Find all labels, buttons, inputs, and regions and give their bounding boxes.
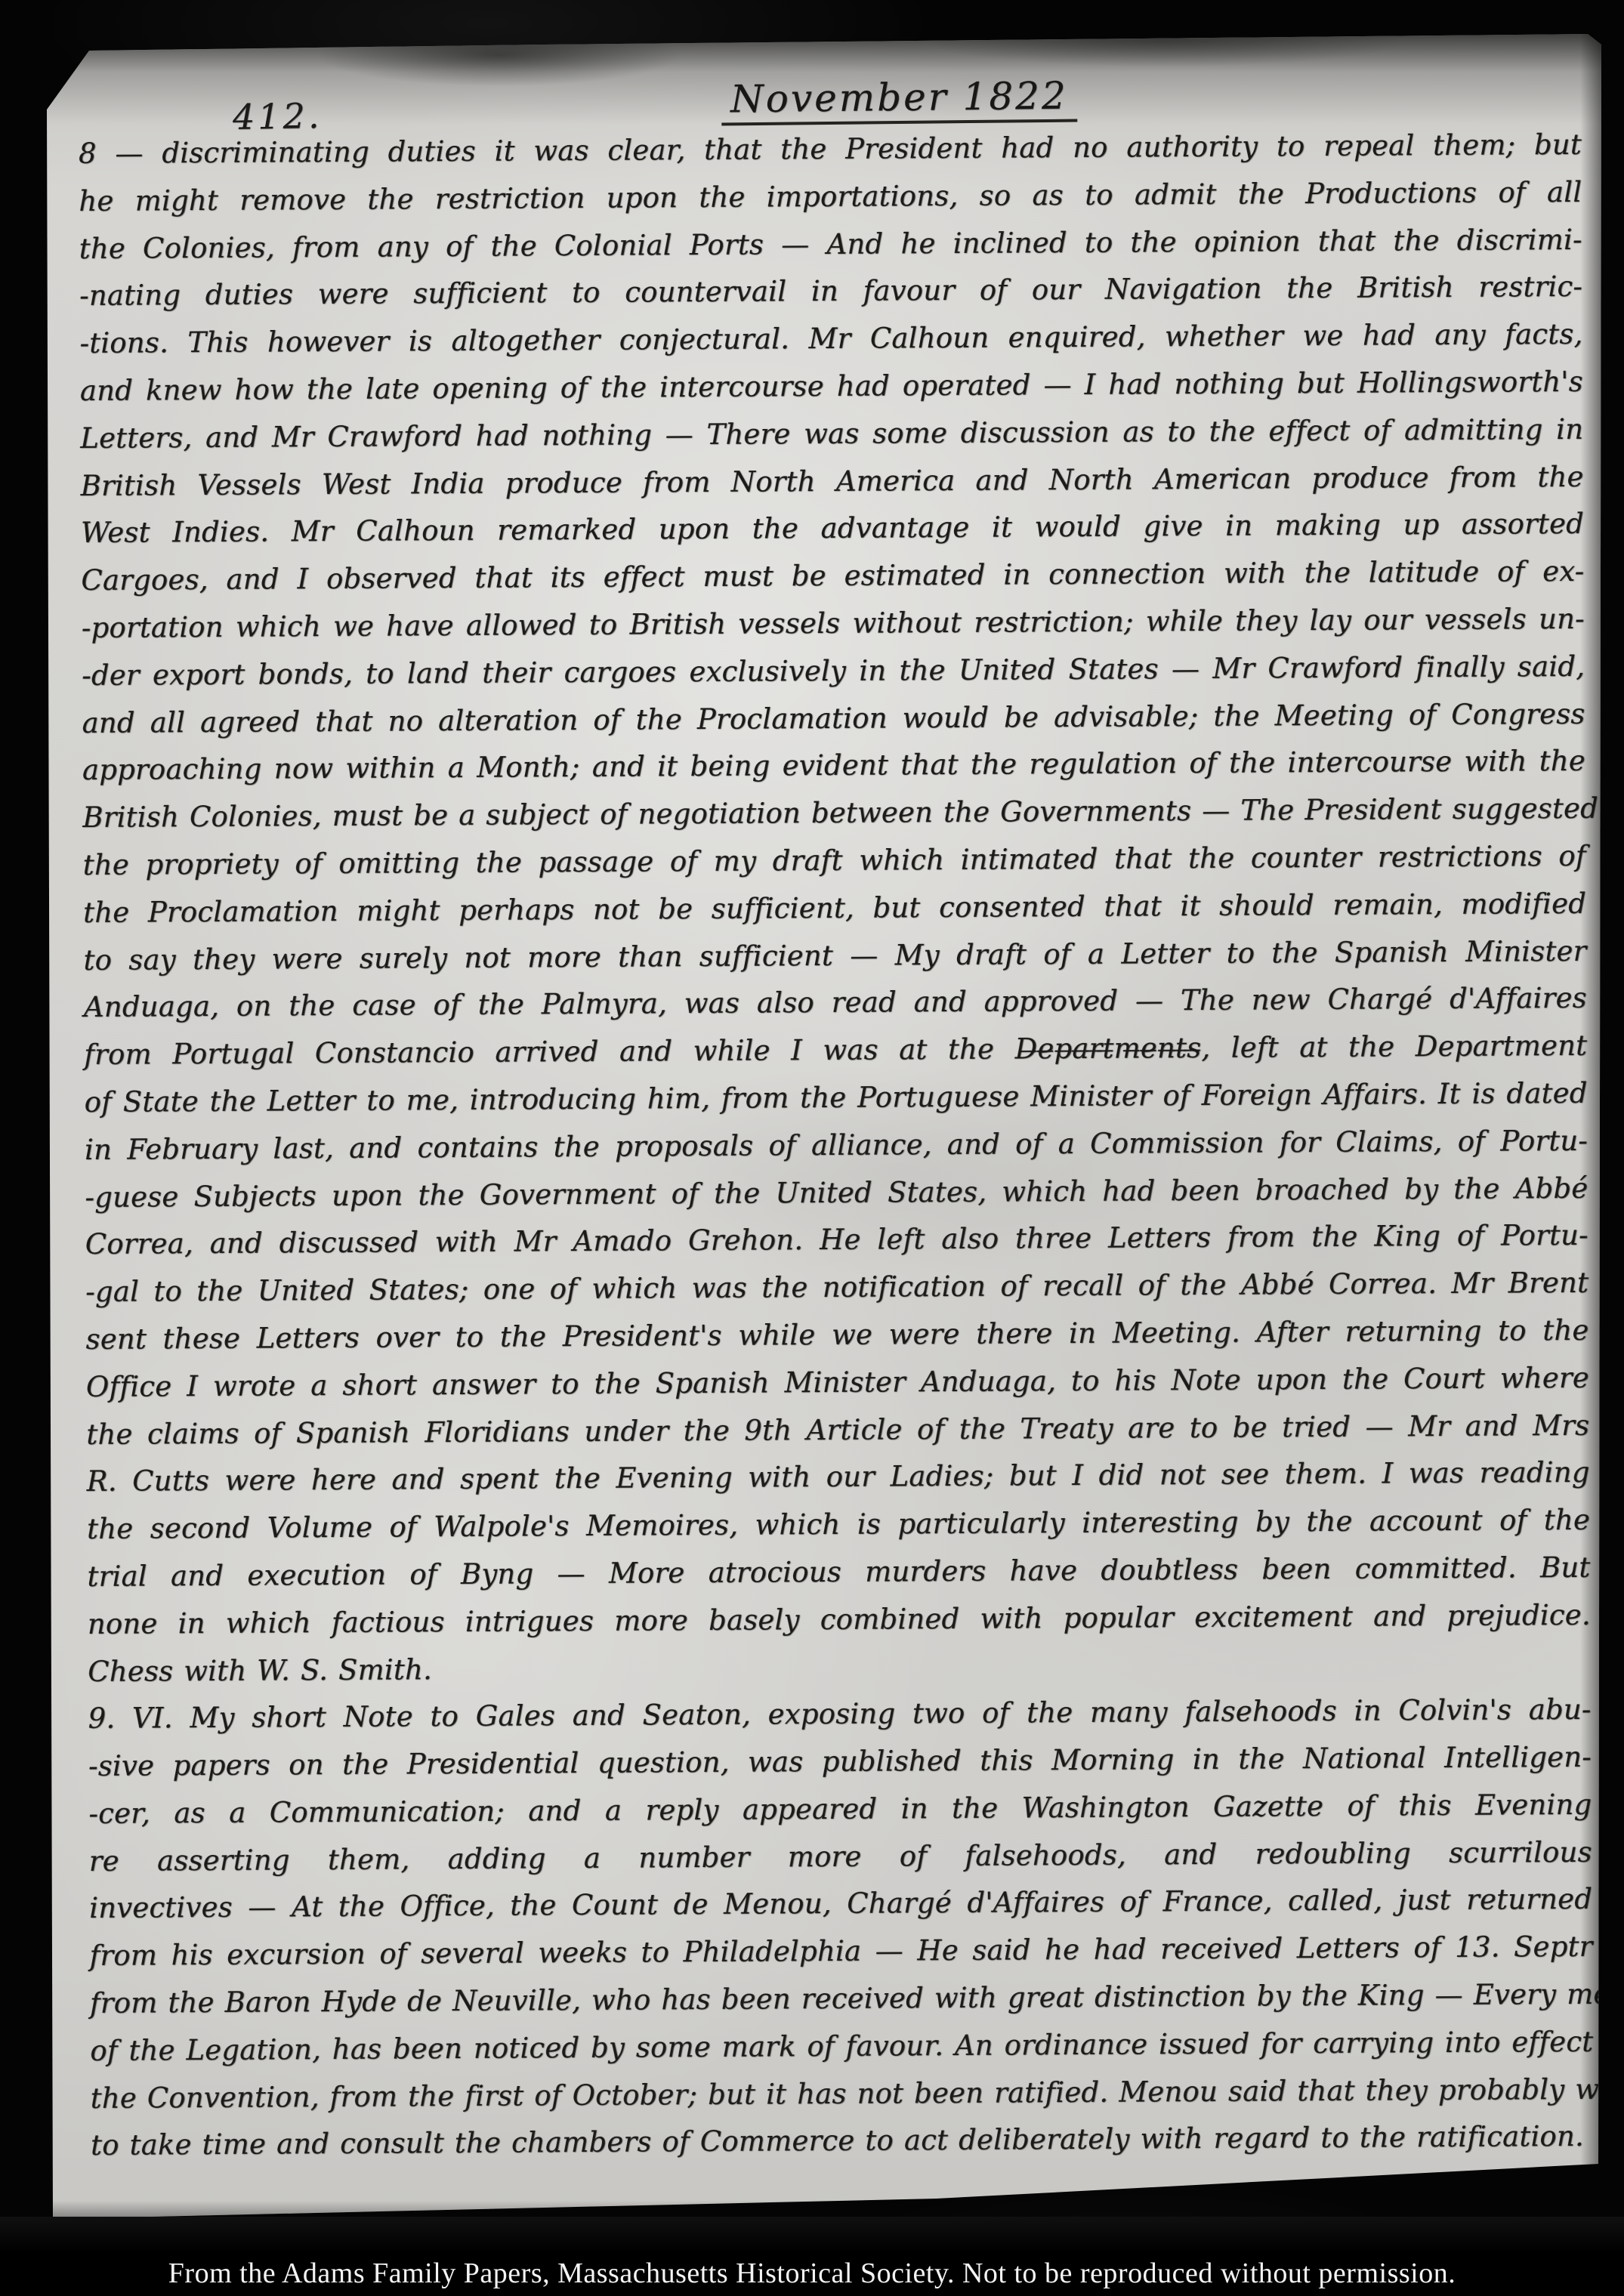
manuscript-line: 8 — discriminating duties it was clear, … <box>79 122 1582 178</box>
manuscript-line: in February last, and contains the propo… <box>85 1118 1588 1174</box>
scan-background: 412. November 1822 8 — discriminating du… <box>0 0 1624 2296</box>
manuscript-line: trial and execution of Byng — More atroc… <box>87 1545 1590 1601</box>
manuscript-line: Letters, and Mr Crawford had nothing — T… <box>80 406 1583 463</box>
manuscript-page: 412. November 1822 8 — discriminating du… <box>30 34 1601 2220</box>
manuscript-line: none in which factious intrigues more ba… <box>88 1592 1591 1649</box>
footer-credit-line: From the Adams Family Papers, Massachuse… <box>0 2257 1624 2290</box>
manuscript-line: and knew how the late opening of the int… <box>80 359 1583 415</box>
manuscript-text: 8 — discriminating duties it was clear, … <box>79 122 1594 2170</box>
manuscript-line: -cer, as a Communication; and a reply ap… <box>88 1782 1592 1838</box>
header-date-text: November 1822 <box>721 74 1076 126</box>
manuscript-line: to take time and consult the chambers of… <box>91 2113 1594 2170</box>
manuscript-line: -portation which we have allowed to Brit… <box>82 596 1585 653</box>
manuscript-line: of State the Letter to me, introducing h… <box>84 1070 1587 1127</box>
manuscript-line: from the Baron Hyde de Neuville, who has… <box>90 1971 1593 2028</box>
manuscript-line: the Proclamation might perhaps not be su… <box>83 881 1586 937</box>
manuscript-line: Office I wrote a short answer to the Spa… <box>86 1355 1589 1412</box>
manuscript-line: sent these Letters over to the President… <box>85 1307 1588 1364</box>
manuscript-line: he might remove the restriction upon the… <box>79 169 1582 226</box>
manuscript-line: the propriety of omitting the passage of… <box>83 833 1586 890</box>
manuscript-line: of the Legation, has been noticed by som… <box>90 2019 1593 2075</box>
header-date: November 1822 <box>710 76 1088 124</box>
manuscript-line: -der export bonds, to land their cargoes… <box>82 643 1585 700</box>
manuscript-line: -sive papers on the Presidential questio… <box>88 1734 1592 1791</box>
